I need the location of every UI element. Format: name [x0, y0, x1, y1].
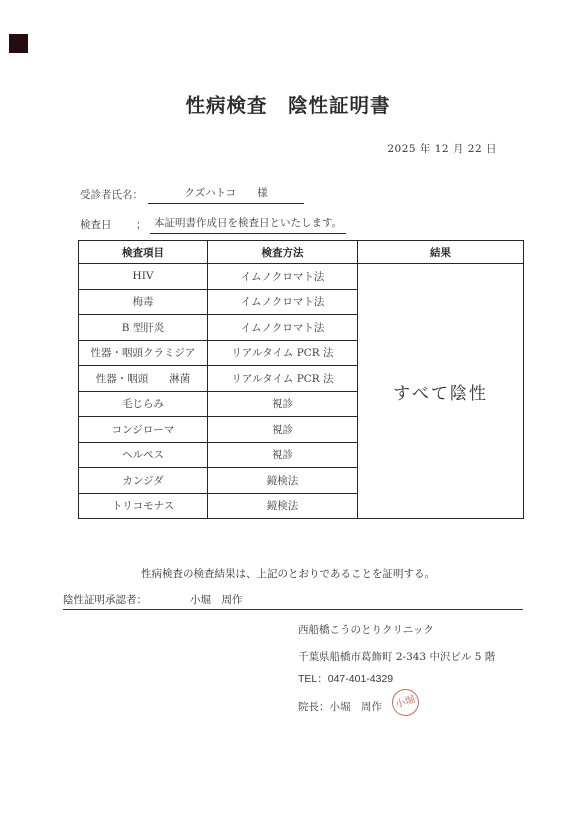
overall-result-cell: すべて陰性	[358, 264, 524, 519]
exam-date-label: 検査日	[80, 218, 112, 232]
test-method-cell: イムノクロマト法	[208, 315, 358, 341]
test-method-cell: 視診	[208, 417, 358, 443]
clinic-address: 千葉県船橋市葛飾町 2-343 中沢ビル 5 階	[298, 649, 495, 664]
test-item-cell: 梅毒	[79, 289, 208, 315]
test-method-cell: 視診	[208, 391, 358, 417]
approver-name: 小堀 周作	[190, 593, 243, 607]
exam-date-separator: ；	[136, 218, 147, 232]
test-method-cell: 鏡検法	[208, 493, 358, 519]
table-header-row: 検査項目 検査方法 結果	[79, 241, 524, 264]
document-title: 性病検査 陰性証明書	[0, 90, 576, 118]
test-method-cell: 鏡検法	[208, 468, 358, 494]
exam-date-value: 本証明書作成日を検査日といたします。	[150, 216, 346, 234]
test-item-cell: HIV	[79, 264, 208, 290]
director-line: 院長：小堀 周作 小堀	[298, 699, 382, 714]
test-item-cell: トリコモナス	[79, 493, 208, 519]
clinic-phone: TEL：047-401-4329	[298, 671, 393, 686]
certificate-page: 性病検査 陰性証明書 2025 年 12 月 22 日 受診者氏名： クズハトコ…	[0, 0, 576, 813]
corner-marker	[9, 34, 28, 53]
test-item-cell: ヘルペス	[79, 442, 208, 468]
test-results-table: 検査項目 検査方法 結果 HIVイムノクロマト法すべて陰性梅毒イムノクロマト法B…	[78, 240, 524, 519]
certification-statement: 性病検査の検査結果は、上記のとおりであることを証明する。	[0, 566, 576, 581]
clinic-name: 西船橋こうのとりクリニック	[298, 622, 434, 637]
table-row: HIVイムノクロマト法すべて陰性	[79, 264, 524, 290]
test-item-cell: B 型肝炎	[79, 315, 208, 341]
patient-name-label: 受診者氏名：	[80, 188, 143, 202]
test-item-cell: カンジダ	[79, 468, 208, 494]
test-method-cell: リアルタイム PCR 法	[208, 340, 358, 366]
director-seal-icon: 小堀	[388, 685, 422, 719]
test-item-cell: 毛じらみ	[79, 391, 208, 417]
table-body: HIVイムノクロマト法すべて陰性梅毒イムノクロマト法B 型肝炎イムノクロマト法性…	[79, 264, 524, 519]
approver-underline	[63, 609, 523, 610]
test-method-cell: 視診	[208, 442, 358, 468]
test-method-cell: イムノクロマト法	[208, 264, 358, 290]
patient-name-value: クズハトコ 様	[148, 186, 304, 204]
approver-label: 陰性証明承認者：	[63, 593, 147, 607]
seal-text: 小堀	[394, 695, 416, 711]
column-header-result: 結果	[358, 241, 524, 264]
test-item-cell: 性器・咽頭 淋菌	[79, 366, 208, 392]
column-header-test-item: 検査項目	[79, 241, 208, 264]
director-name: 院長：小堀 周作	[298, 701, 382, 713]
test-item-cell: コンジローマ	[79, 417, 208, 443]
test-method-cell: リアルタイム PCR 法	[208, 366, 358, 392]
column-header-test-method: 検査方法	[208, 241, 358, 264]
test-item-cell: 性器・咽頭クラミジア	[79, 340, 208, 366]
issue-date: 2025 年 12 月 22 日	[387, 141, 497, 156]
test-method-cell: イムノクロマト法	[208, 289, 358, 315]
